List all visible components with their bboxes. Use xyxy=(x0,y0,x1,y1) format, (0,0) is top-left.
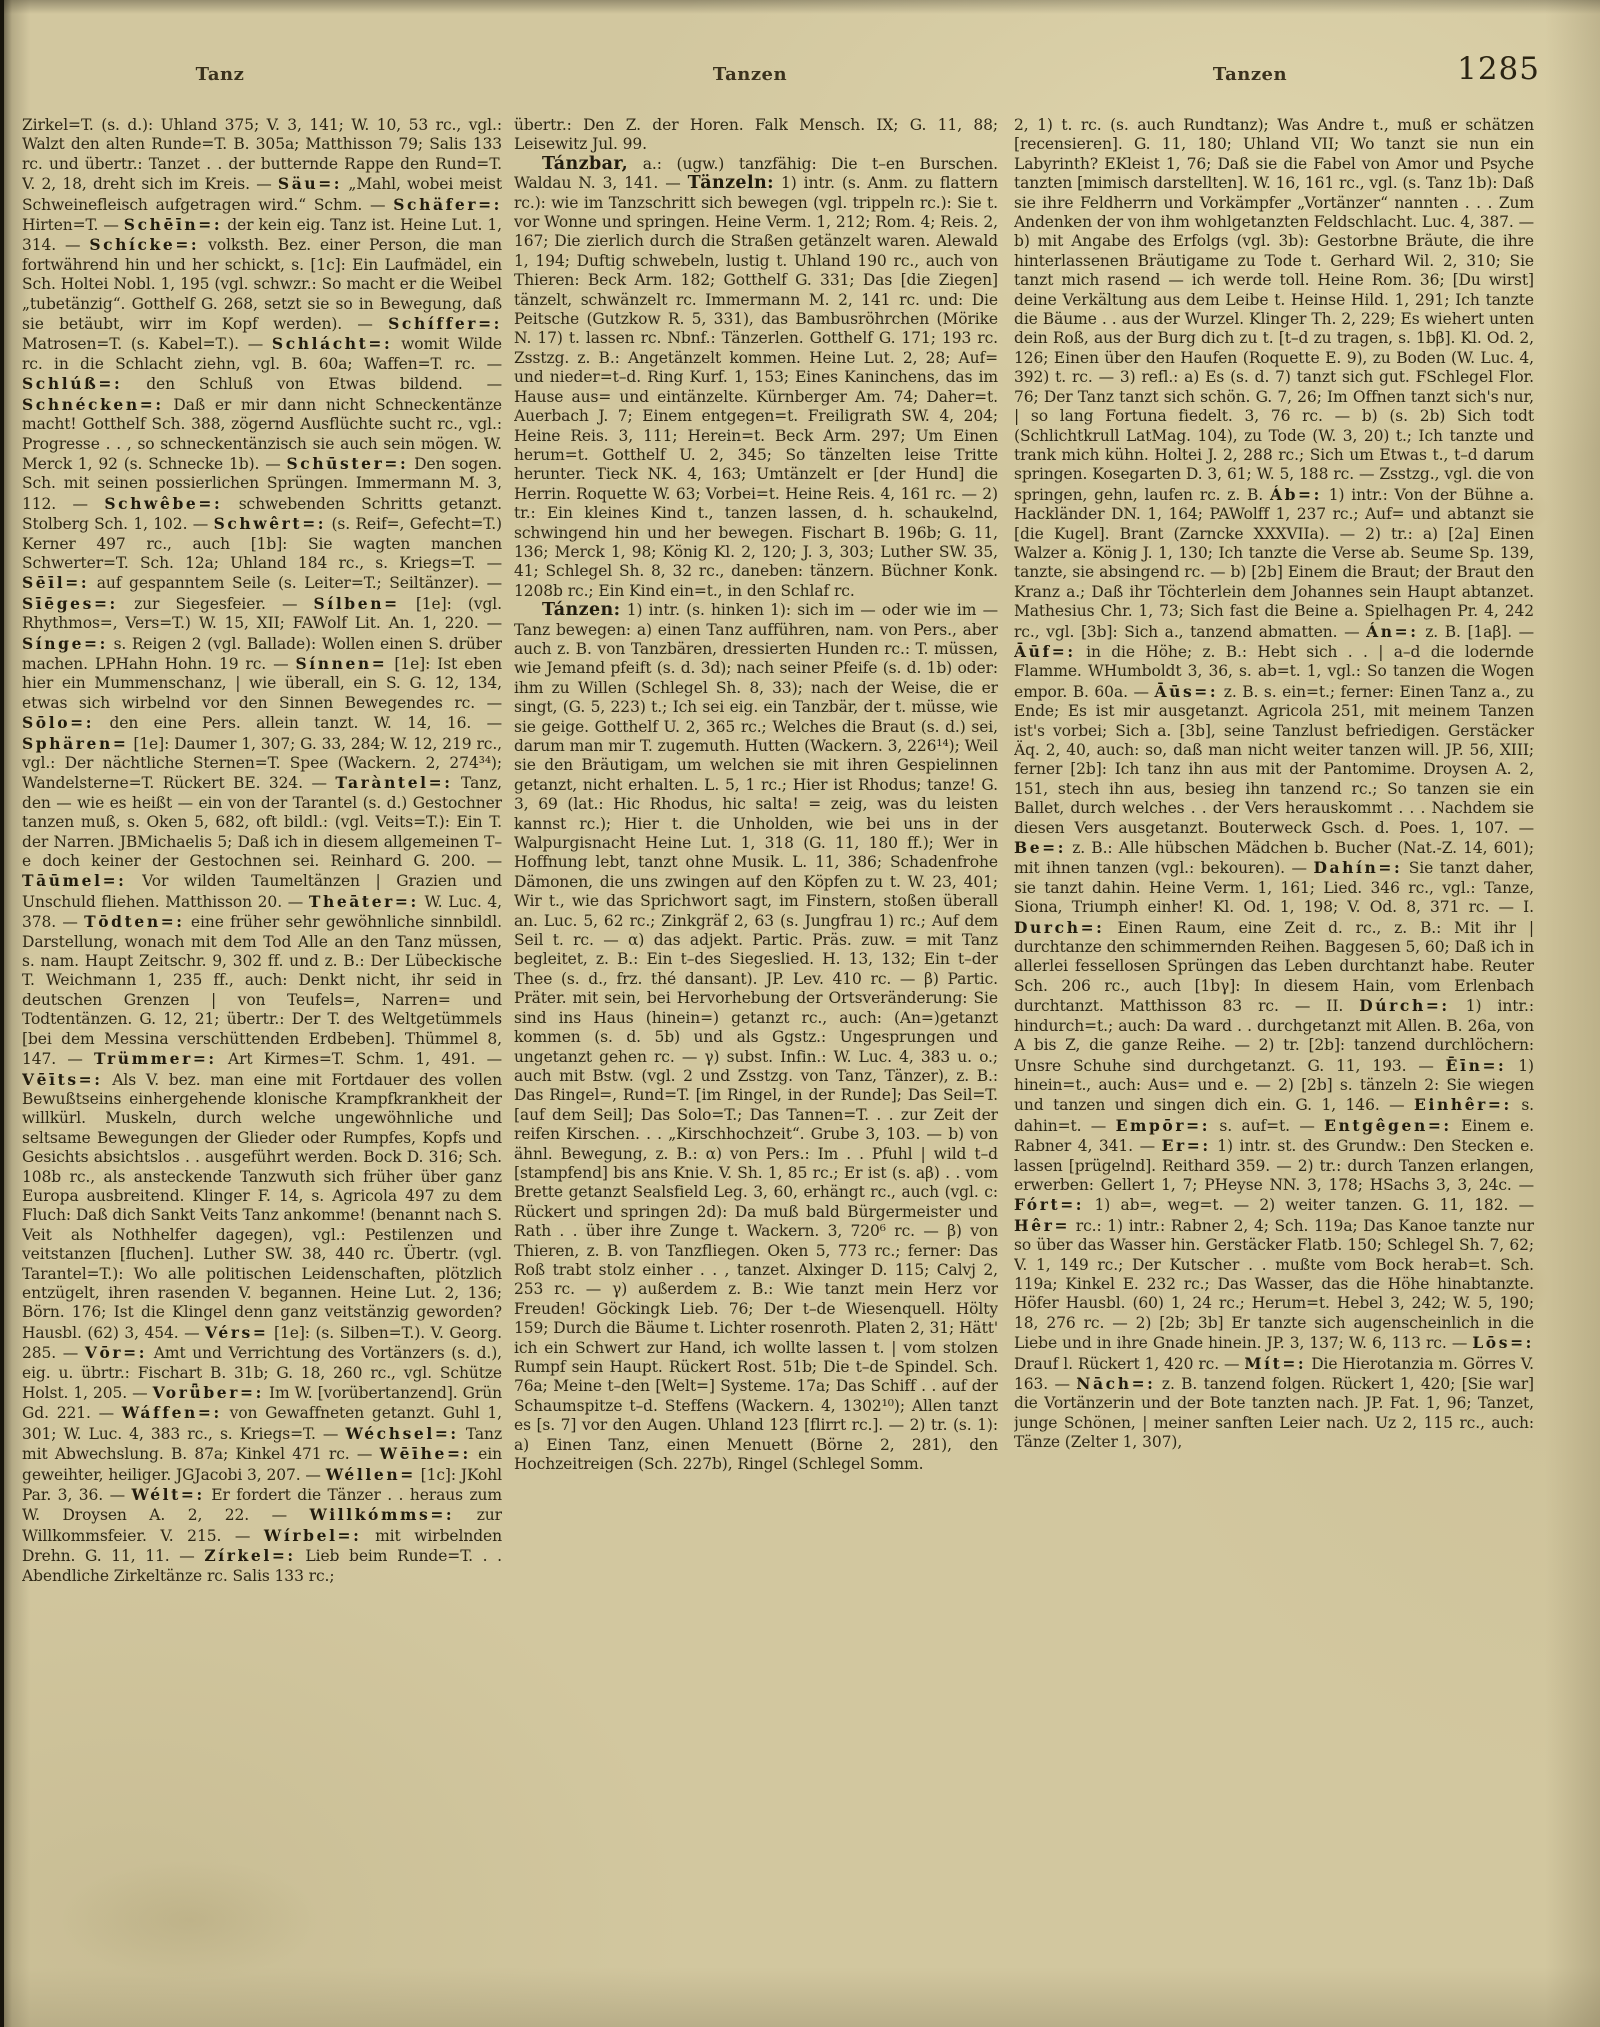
compound-headword: Schlácht=: xyxy=(272,334,392,353)
compound-headword: Wáffen=: xyxy=(122,1403,222,1422)
compound-headword: Schíffer=: xyxy=(388,314,502,333)
compound-headword: Er=: xyxy=(1162,1136,1211,1155)
compound-headword: Lōs=: xyxy=(1472,1333,1534,1352)
compound-headword: Schlúß=: xyxy=(22,374,122,393)
compound-headword: Wēīhe=: xyxy=(380,1444,471,1463)
compound-headword: Schícke=: xyxy=(89,235,199,254)
text-segment: 1) intr. (s. hinken 1): sich im — oder w… xyxy=(514,601,998,1473)
compound-headword: Hêr= xyxy=(1014,1216,1070,1235)
text-segment: z. B. s. ein=t.; ferner: Einen Tanz a., … xyxy=(1014,683,1534,837)
paragraph: Tánzbar, a.: (ugw.) tanzfähig: Die t–en … xyxy=(514,155,998,601)
compound-headword: Schäfer=: xyxy=(393,195,502,214)
compound-headword: Áb=: xyxy=(1270,485,1322,504)
running-head-right: Tanzen xyxy=(1160,62,1340,88)
compound-headword: Be=: xyxy=(1014,838,1066,857)
compound-headword: Vérs= xyxy=(205,1323,268,1342)
compound-headword: Dúrch=: xyxy=(1359,996,1450,1015)
running-head-center: Tanzen xyxy=(650,62,850,88)
text-segment: eine früher sehr gewöhnliche sinnbildl. … xyxy=(22,913,502,1068)
entry-headword: Tänzeln: xyxy=(688,173,774,193)
text-segment: rc.: 1) intr.: Rabner 2, 4; Sch. 119a; D… xyxy=(1014,1217,1534,1352)
compound-headword: Nāch=: xyxy=(1076,1374,1155,1393)
compound-headword: Tāūmel=: xyxy=(22,871,127,890)
text-segment: Als V. bez. man eine mit Fortdauer des v… xyxy=(22,1071,502,1342)
compound-headword: Trümmer=: xyxy=(94,1049,217,1068)
compound-headword: Tōdten=: xyxy=(84,912,185,931)
compound-headword: Vorǖber=: xyxy=(153,1383,264,1402)
compound-headword: Sínge=: xyxy=(22,634,108,653)
compound-headword: Dahín=: xyxy=(1313,858,1402,877)
text-segment: 2, 1) t. rc. (s. auch Rundtanz); Was And… xyxy=(1014,116,1534,504)
compound-headword: Sphären= xyxy=(22,734,128,753)
compound-headword: Durch=: xyxy=(1014,918,1105,937)
text-column-2: übertr.: Den Z. der Horen. Falk Mensch. … xyxy=(514,116,998,1924)
text-columns: Zirkel=T. (s. d.): Uhland 375; V. 3, 141… xyxy=(22,116,1534,1924)
text-segment: s. auf=t. — xyxy=(1210,1117,1324,1135)
text-segment: Hirten=T. — xyxy=(22,216,124,234)
compound-headword: Wéchsel=: xyxy=(345,1424,458,1443)
compound-headword: Án=: xyxy=(1366,622,1418,641)
text-segment: zur Siegesfeier. — xyxy=(118,595,314,613)
compound-headword: Fórt=: xyxy=(1014,1195,1084,1214)
compound-headword: Wéllen= xyxy=(326,1465,416,1484)
compound-headword: Theāter=: xyxy=(309,892,419,911)
compound-headword: Willkómms=: xyxy=(310,1505,455,1524)
text-segment: den eine Pers. allein tanzt. W. 14, 16. … xyxy=(94,714,502,732)
compound-headword: Āūf=: xyxy=(1014,642,1076,661)
compound-headword: Zírkel=: xyxy=(204,1546,295,1565)
compound-headword: Mít=: xyxy=(1244,1354,1306,1373)
compound-headword: Vōr=: xyxy=(85,1343,147,1362)
text-segment: Matrosen=T. (s. Kabel=T.). — xyxy=(22,335,272,353)
compound-headword: Wírbel=: xyxy=(264,1526,362,1545)
compound-headword: Sōlo=: xyxy=(22,713,94,732)
running-head-left: Tanz xyxy=(130,62,310,88)
compound-headword: Entgêgen=: xyxy=(1324,1116,1452,1135)
compound-headword: Säu=: xyxy=(278,174,342,193)
compound-headword: Āūs=: xyxy=(1154,682,1218,701)
paragraph: 2, 1) t. rc. (s. auch Rundtanz); Was And… xyxy=(1014,116,1534,1453)
paragraph: übertr.: Den Z. der Horen. Falk Mensch. … xyxy=(514,116,998,155)
dictionary-page-scan: Tanz Tanzen Tanzen 1285 Zirkel=T. (s. d.… xyxy=(0,0,1600,2027)
text-column-3: 2, 1) t. rc. (s. auch Rundtanz); Was And… xyxy=(1014,116,1534,1924)
compound-headword: Schnécken=: xyxy=(22,395,164,414)
compound-headword: Schwêbe=: xyxy=(104,494,222,513)
paragraph: Tánzen: 1) intr. (s. hinken 1): sich im … xyxy=(514,601,998,1474)
text-segment: z. B. [1aβ]. — xyxy=(1419,623,1534,641)
compound-headword: Wélt=: xyxy=(131,1485,204,1504)
compound-headword: Sēīl=: xyxy=(22,573,89,592)
compound-headword: Taràntel=: xyxy=(335,773,452,792)
compound-headword: Empōr=: xyxy=(1116,1116,1210,1135)
compound-headword: Schwêrt=: xyxy=(214,514,327,533)
scan-edge-shadow xyxy=(0,0,4,2027)
text-segment: Art Kirmes=T. Schm. 1, 491. — xyxy=(217,1050,502,1068)
text-segment: übertr.: Den Z. der Horen. Falk Mensch. … xyxy=(514,116,998,153)
text-column-1: Zirkel=T. (s. d.): Uhland 375; V. 3, 141… xyxy=(22,116,502,1924)
compound-headword: Schēīn=: xyxy=(124,215,222,234)
text-segment: den Schluß von Etwas bildend. — xyxy=(122,375,502,393)
entry-headword: Tánzen: xyxy=(542,600,620,620)
compound-headword: Sínnen= xyxy=(295,654,387,673)
compound-headword: Sílben= xyxy=(314,594,400,613)
compound-headword: Einhêr=: xyxy=(1414,1095,1512,1114)
paragraph: Zirkel=T. (s. d.): Uhland 375; V. 3, 141… xyxy=(22,116,502,1586)
entry-headword: Tánzbar, xyxy=(542,154,628,174)
compound-headword: Ēīn=: xyxy=(1446,1056,1507,1075)
compound-headword: Sīēges=: xyxy=(22,594,118,613)
compound-headword: Schūster=: xyxy=(286,454,408,473)
text-segment: 1) intr. (s. Anm. zu flattern rc.): wie … xyxy=(514,174,998,600)
page-number: 1285 xyxy=(1390,50,1540,88)
text-segment: 1) intr.: Von der Bühne a. Hackländer DN… xyxy=(1014,486,1534,641)
text-segment: auf gespanntem Seile (s. Leiter=T.; Seil… xyxy=(89,574,502,592)
text-segment: Drauf l. Rückert 1, 420 rc. — xyxy=(1014,1355,1244,1373)
compound-headword: Vēīts=: xyxy=(22,1070,103,1089)
text-segment: 1) ab=, weg=t. — 2) weiter tanzen. G. 11… xyxy=(1084,1196,1534,1214)
